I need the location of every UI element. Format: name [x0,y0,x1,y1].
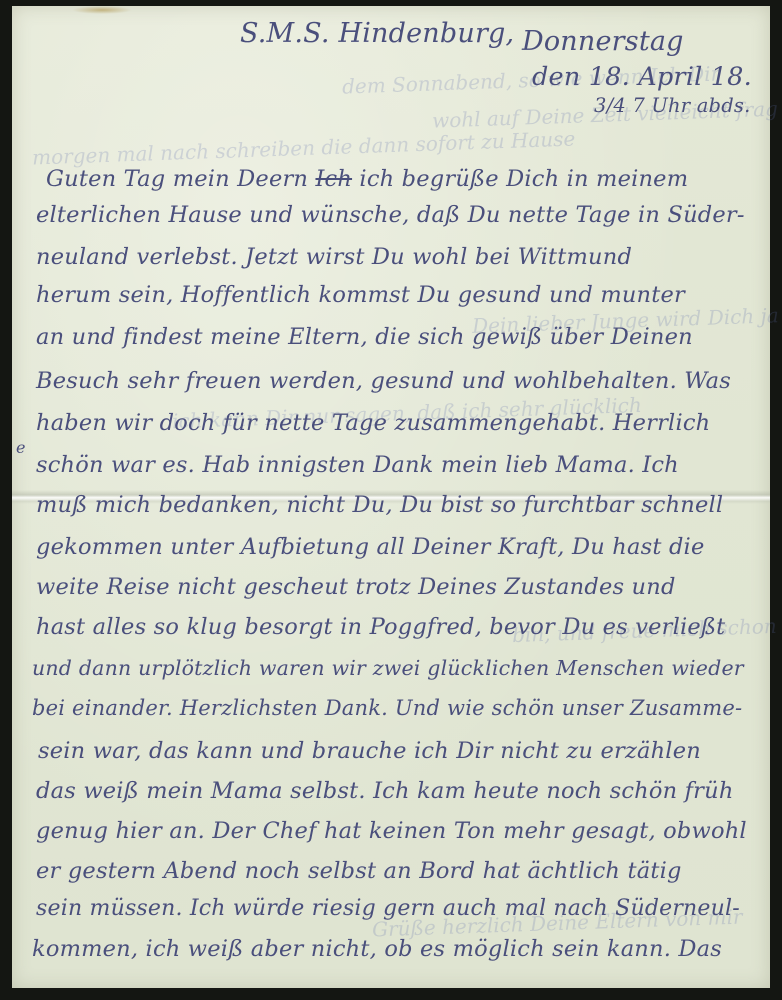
letter-page: dem Sonnabend, so wie wenn Ich Dir wohl … [12,6,770,988]
body-line-19: sein müssen. Ich würde riesig gern auch … [36,896,740,921]
margin-mark: e [16,438,25,457]
body-line-13: und dann urplötzlich waren wir zwei glüc… [32,656,744,680]
struck-word: Ich [315,166,352,192]
letter-date: den 18. April 18. [532,62,752,92]
body-line-7: haben wir doch für nette Tage zusammenge… [36,410,710,436]
body-line-18: er gestern Abend noch selbst an Bord hat… [36,858,682,884]
body-line-12: hast alles so klug besorgt in Poggfred, … [36,614,725,640]
body-line-15: sein war, das kann und brauche ich Dir n… [38,738,701,764]
letter-time: 3/4 7 Uhr abds. [594,94,751,117]
body-line-6: Besuch sehr freuen werden, gesund und wo… [36,368,731,394]
body-line-9: muß mich bedanken, nicht Du, Du bist so … [36,492,723,518]
body-line-1: Guten Tag mein Deern Ich ich begrüße Dic… [46,166,688,192]
body-line-2: elterlichen Hause und wünsche, daß Du ne… [36,202,745,228]
body-line-11: weite Reise nicht gescheut trotz Deines … [36,574,676,600]
body-line-20: kommen, ich weiß aber nicht, ob es mögli… [32,936,722,962]
weekday: Donnerstag [522,26,684,57]
body-line-17: genug hier an. Der Chef hat keinen Ton m… [36,818,747,844]
body-line-5: an und findest meine Eltern, die sich ge… [36,324,693,350]
salutation: Guten Tag mein Deern [46,166,308,192]
ship-name: S.M.S. Hindenburg, [240,18,514,49]
bleed-through-line: morgen mal nach schreiben die dann sofor… [32,127,576,170]
body-line-8: schön war es. Hab innigsten Dank mein li… [36,452,679,478]
body-line-4: herum sein, Hoffentlich kommst Du gesund… [36,282,685,308]
body-line-10: gekommen unter Aufbietung all Deiner Kra… [36,534,704,560]
body-line-14: bei einander. Herzlichsten Dank. Und wie… [32,696,742,720]
body-line-16: das weiß mein Mama selbst. Ich kam heute… [36,778,734,804]
body-line-3: neuland verlebst. Jetzt wirst Du wohl be… [36,244,632,270]
paper-stain [72,6,132,14]
body-text: ich begrüße Dich in meinem [359,166,688,192]
